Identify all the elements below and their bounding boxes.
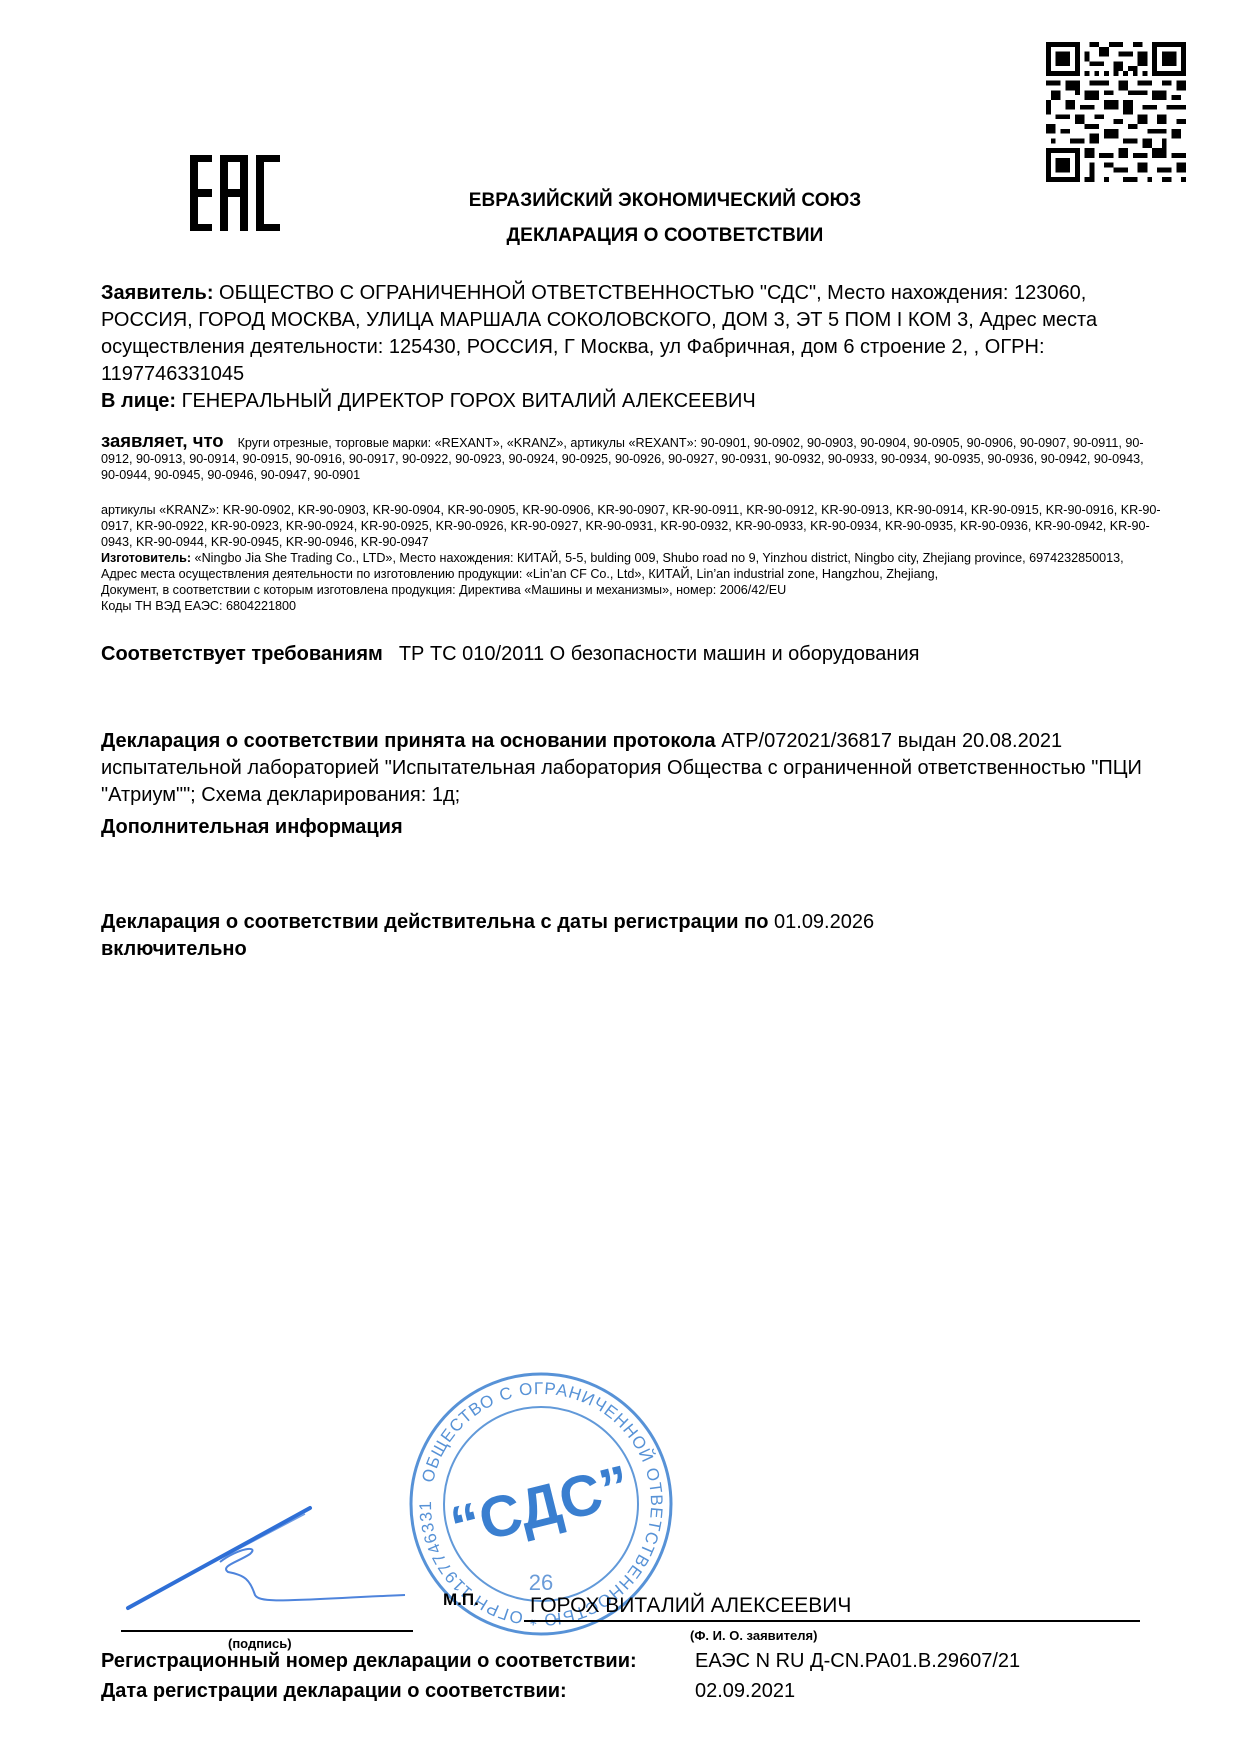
declares-label: заявляет, что bbox=[101, 430, 224, 451]
basis-section: Декларация о соответствии принята на осн… bbox=[101, 728, 1161, 809]
in-person-section: В лице: ГЕНЕРАЛЬНЫЙ ДИРЕКТОР ГОРОХ ВИТАЛ… bbox=[101, 388, 1161, 415]
manufacturer-label: Изготовитель: bbox=[101, 551, 191, 565]
applicant-label: Заявитель: bbox=[101, 282, 214, 304]
validity-section: Декларация о соответствии действительна … bbox=[101, 909, 1161, 963]
signer-caption: (Ф. И. О. заявителя) bbox=[690, 1628, 817, 1643]
registration-number-value: ЕАЭС N RU Д-CN.РА01.В.29607/21 bbox=[695, 1650, 1020, 1672]
registration-number-label: Регистрационный номер декларации о соотв… bbox=[101, 1650, 695, 1673]
registration-date-value: 02.09.2021 bbox=[695, 1680, 795, 1702]
signature-line bbox=[121, 1630, 413, 1632]
seal-place-mark: М.П. bbox=[443, 1590, 479, 1610]
handwritten-signature bbox=[120, 1500, 420, 1625]
product-description: Круги отрезные, торговые марки: «REXANT»… bbox=[101, 436, 1144, 482]
document-title: ДЕКЛАРАЦИЯ О СООТВЕТСТВИИ bbox=[0, 225, 1240, 247]
stamp-center-text: “СДС” bbox=[444, 1453, 637, 1560]
basis-label: Декларация о соответствии принята на осн… bbox=[101, 730, 716, 752]
qr-code-icon bbox=[1045, 42, 1187, 182]
union-title: ЕВРАЗИЙСКИЙ ЭКОНОМИЧЕСКИЙ СОЮЗ bbox=[0, 190, 1240, 212]
kranz-articles: артикулы «KRANZ»: KR-90-0902, KR-90-0903… bbox=[101, 502, 1161, 550]
validity-label: Декларация о соответствии действительна … bbox=[101, 911, 768, 933]
applicant-text: ОБЩЕСТВО С ОГРАНИЧЕННОЙ ОТВЕТСТВЕННОСТЬЮ… bbox=[101, 282, 1097, 385]
validity-suffix: включительно bbox=[101, 938, 247, 960]
manufacturer-section: Изготовитель: «Ningbo Jia She Trading Co… bbox=[101, 550, 1161, 614]
compliance-text: ТР ТС 010/2011 О безопасности машин и об… bbox=[399, 643, 920, 665]
name-line bbox=[524, 1620, 1140, 1622]
declares-section: заявляет, чтоКруги отрезные, торговые ма… bbox=[101, 433, 1161, 483]
svg-text:26: 26 bbox=[529, 1570, 553, 1595]
hs-codes: Коды ТН ВЭД ЕАЭС: 6804221800 bbox=[101, 599, 296, 613]
in-person-text: ГЕНЕРАЛЬНЫЙ ДИРЕКТОР ГОРОХ ВИТАЛИЙ АЛЕКС… bbox=[176, 390, 756, 412]
in-person-label: В лице: bbox=[101, 390, 176, 412]
registration-number-row: Регистрационный номер декларации о соотв… bbox=[101, 1650, 1020, 1673]
compliance-label: Соответствует требованиям bbox=[101, 643, 383, 665]
compliance-section: Соответствует требованиямТР ТС 010/2011 … bbox=[101, 643, 919, 666]
signer-name: ГОРОХ ВИТАЛИЙ АЛЕКСЕЕВИЧ bbox=[530, 1594, 851, 1618]
production-document: Документ, в соответствии с которым изгот… bbox=[101, 583, 786, 597]
additional-info-label: Дополнительная информация bbox=[101, 816, 403, 839]
applicant-section: Заявитель: ОБЩЕСТВО С ОГРАНИЧЕННОЙ ОТВЕТ… bbox=[101, 280, 1161, 388]
registration-date-row: Дата регистрации декларации о соответств… bbox=[101, 1680, 795, 1703]
signature-caption: (подпись) bbox=[228, 1636, 292, 1651]
manufacturer-text: «Ningbo Jia She Trading Co., LTD», Место… bbox=[101, 551, 1124, 581]
validity-date: 01.09.2026 bbox=[768, 911, 874, 933]
registration-date-label: Дата регистрации декларации о соответств… bbox=[101, 1680, 695, 1703]
